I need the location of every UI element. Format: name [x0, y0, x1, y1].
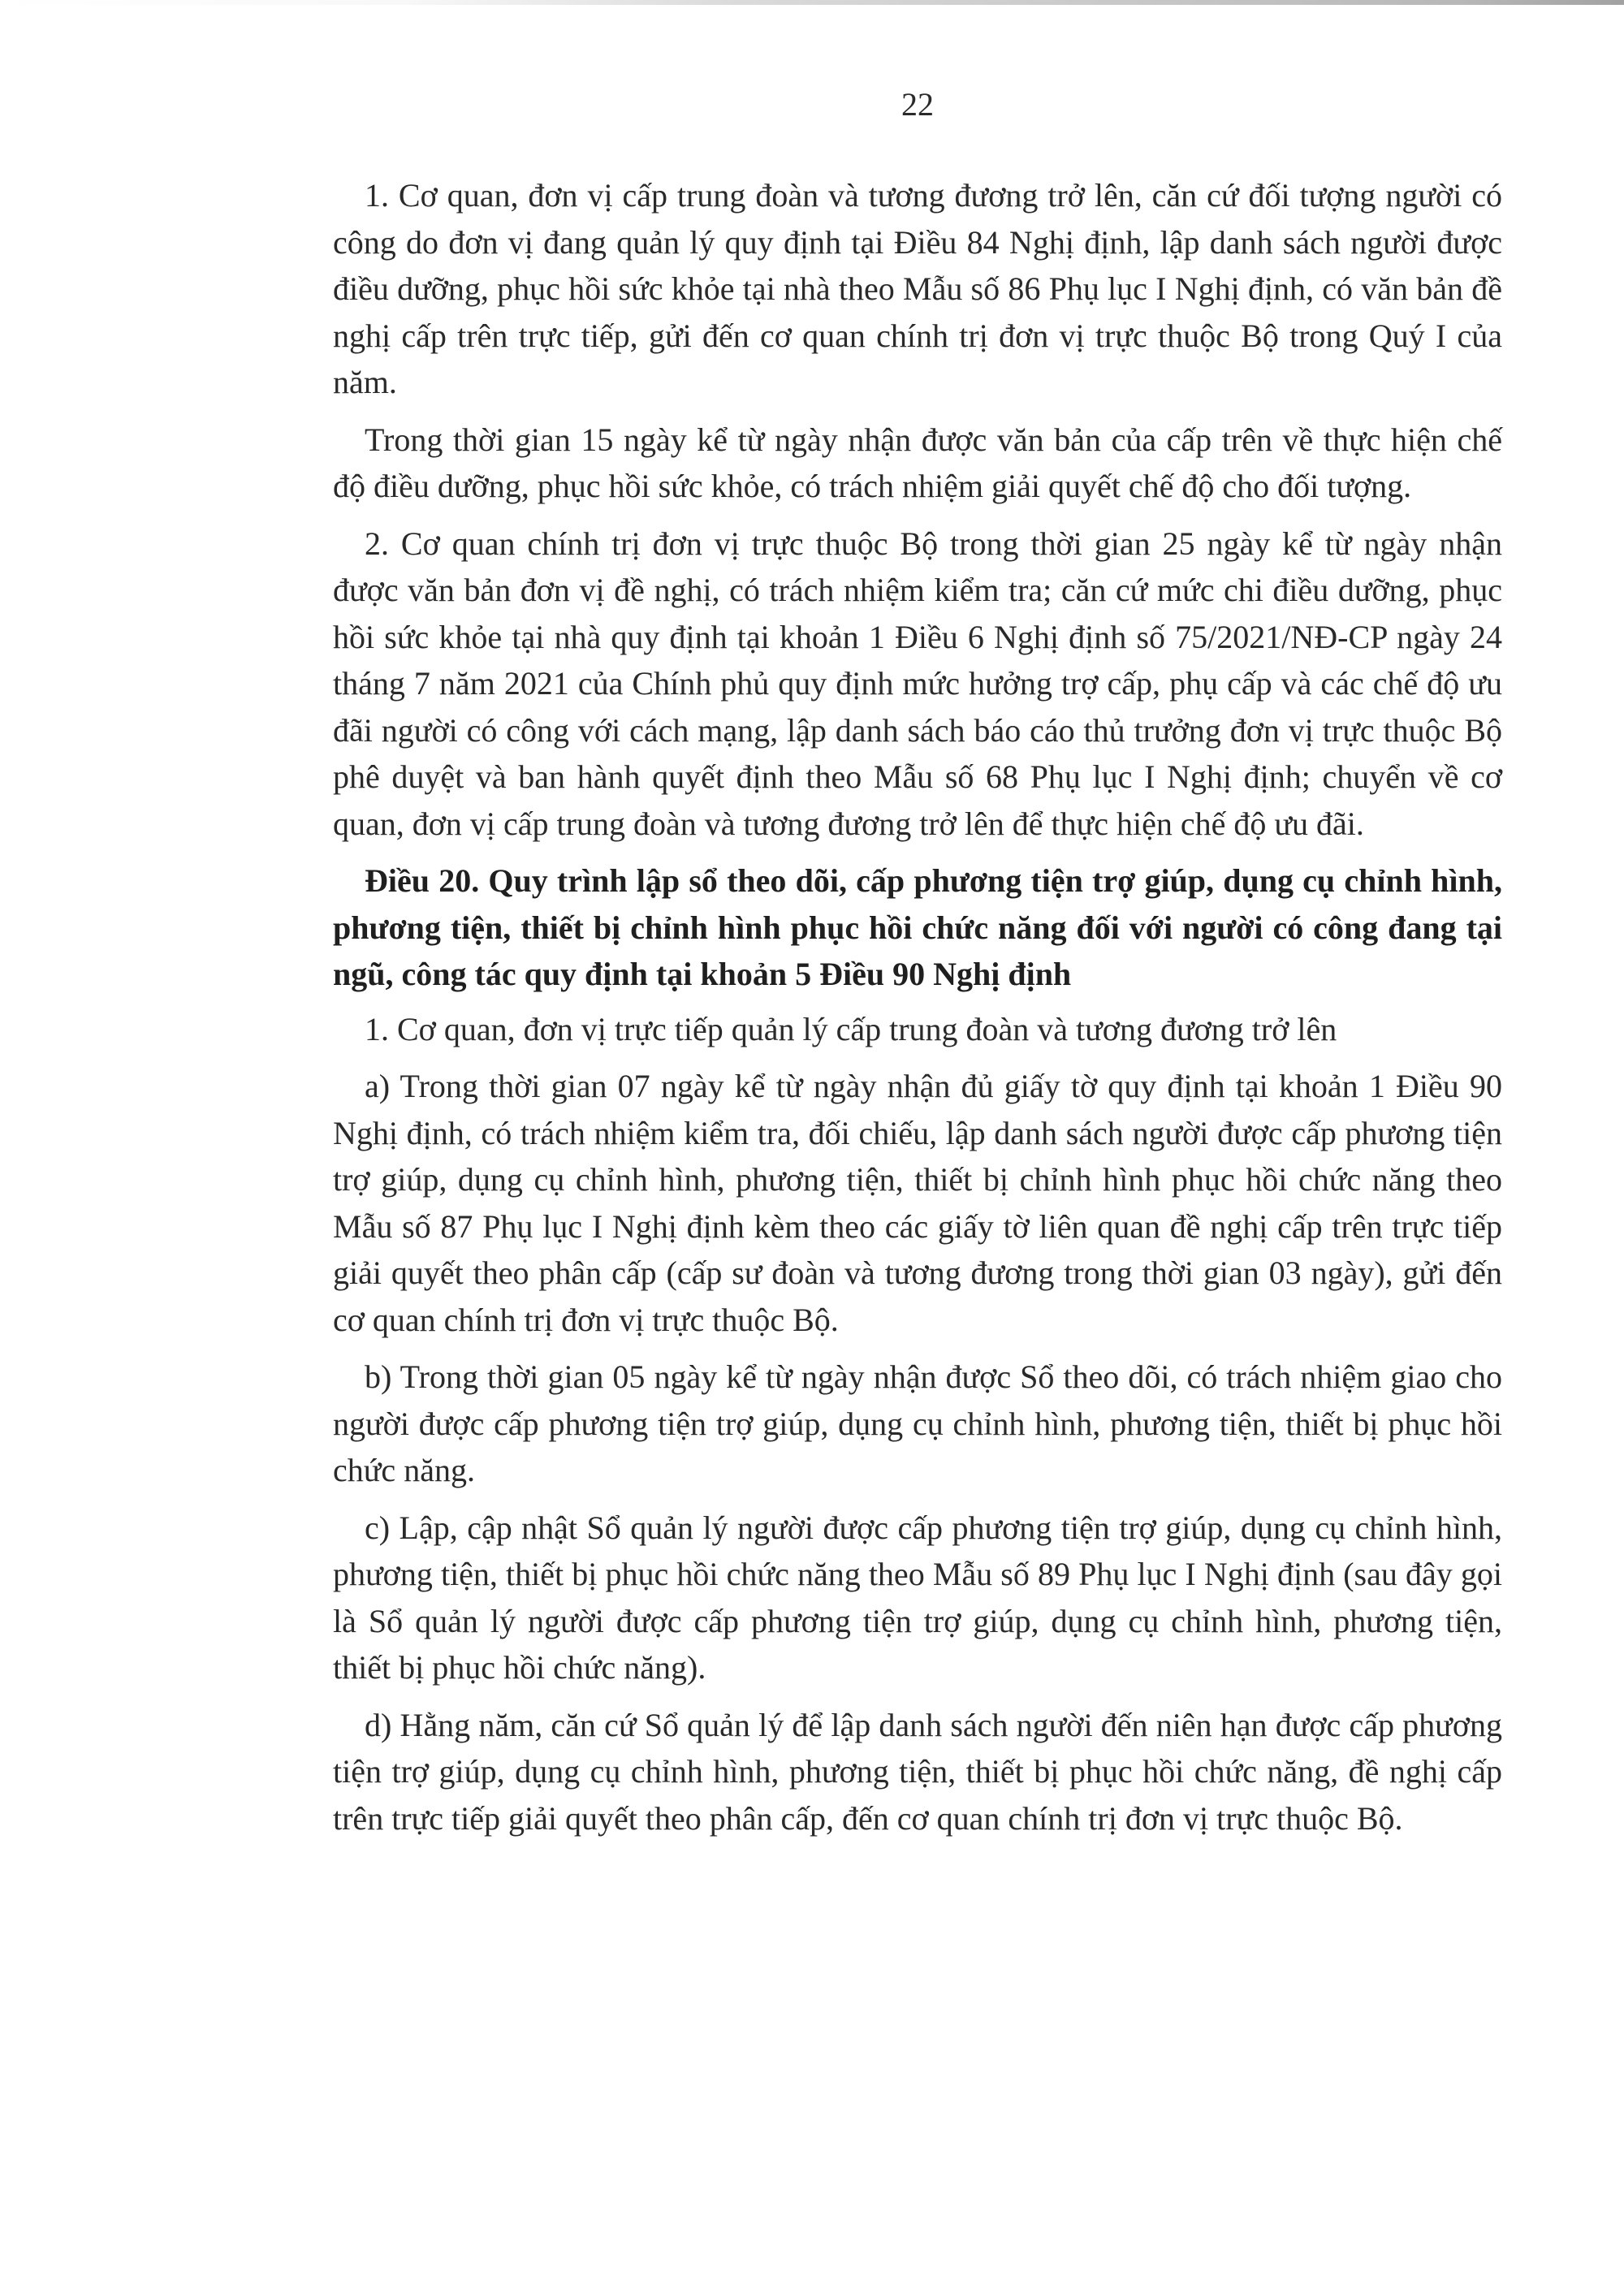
paragraph-clause-1: 1. Cơ quan, đơn vị cấp trung đoàn và tươ…: [333, 172, 1502, 406]
document-body: 1. Cơ quan, đơn vị cấp trung đoàn và tươ…: [333, 172, 1502, 1852]
paragraph-item-d: d) Hằng năm, căn cứ Sổ quản lý để lập da…: [333, 1702, 1502, 1842]
paragraph-item-b: b) Trong thời gian 05 ngày kể từ ngày nh…: [333, 1354, 1502, 1494]
paragraph-within-15-days: Trong thời gian 15 ngày kể từ ngày nhận …: [333, 417, 1502, 510]
paragraph-article-20-clause-1: 1. Cơ quan, đơn vị trực tiếp quản lý cấp…: [333, 1006, 1502, 1053]
scan-top-edge-shadow: [0, 0, 1624, 5]
page-number: 22: [333, 81, 1502, 128]
paragraph-item-a: a) Trong thời gian 07 ngày kể từ ngày nh…: [333, 1063, 1502, 1343]
article-20-heading: Điều 20. Quy trình lập sổ theo dõi, cấp …: [333, 857, 1502, 998]
paragraph-clause-2: 2. Cơ quan chính trị đơn vị trực thuộc B…: [333, 520, 1502, 848]
paragraph-item-c: c) Lập, cập nhật Sổ quản lý người được c…: [333, 1505, 1502, 1691]
